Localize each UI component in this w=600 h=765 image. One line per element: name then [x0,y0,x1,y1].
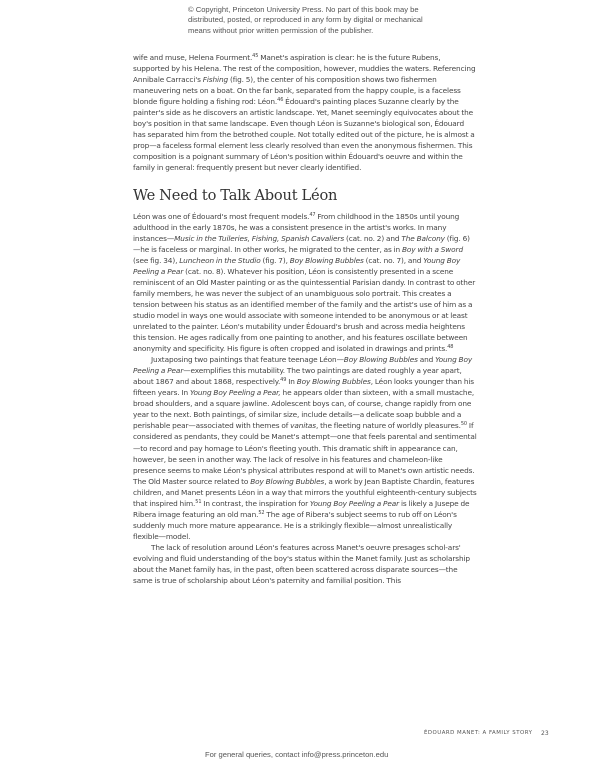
page-number: 23 [541,730,549,737]
main-text: wife and muse, Helena Fourment.45 Manet'… [133,52,477,586]
running-title: ÉDOUARD MANET: A FAMILY STORY [424,730,532,736]
paragraph: wife and muse, Helena Fourment.45 Manet'… [133,52,477,174]
paragraph: Léon was one of Édouard's most frequent … [133,211,477,355]
contact-notice: For general queries, contact info@press.… [205,750,388,759]
paragraph: The lack of resolution around Léon's fea… [133,542,477,586]
copyright-line: © Copyright, Princeton University Press.… [188,5,448,15]
section-heading: We Need to Talk About Léon [133,187,477,205]
copyright-line: means without prior written permission o… [188,26,448,36]
paragraph: Juxtaposing two paintings that feature t… [133,354,477,542]
copyright-line: distributed, posted, or reproduced in an… [188,15,448,25]
copyright-notice: © Copyright, Princeton University Press.… [188,5,448,36]
footnote-ref[interactable]: 48 [447,344,453,350]
